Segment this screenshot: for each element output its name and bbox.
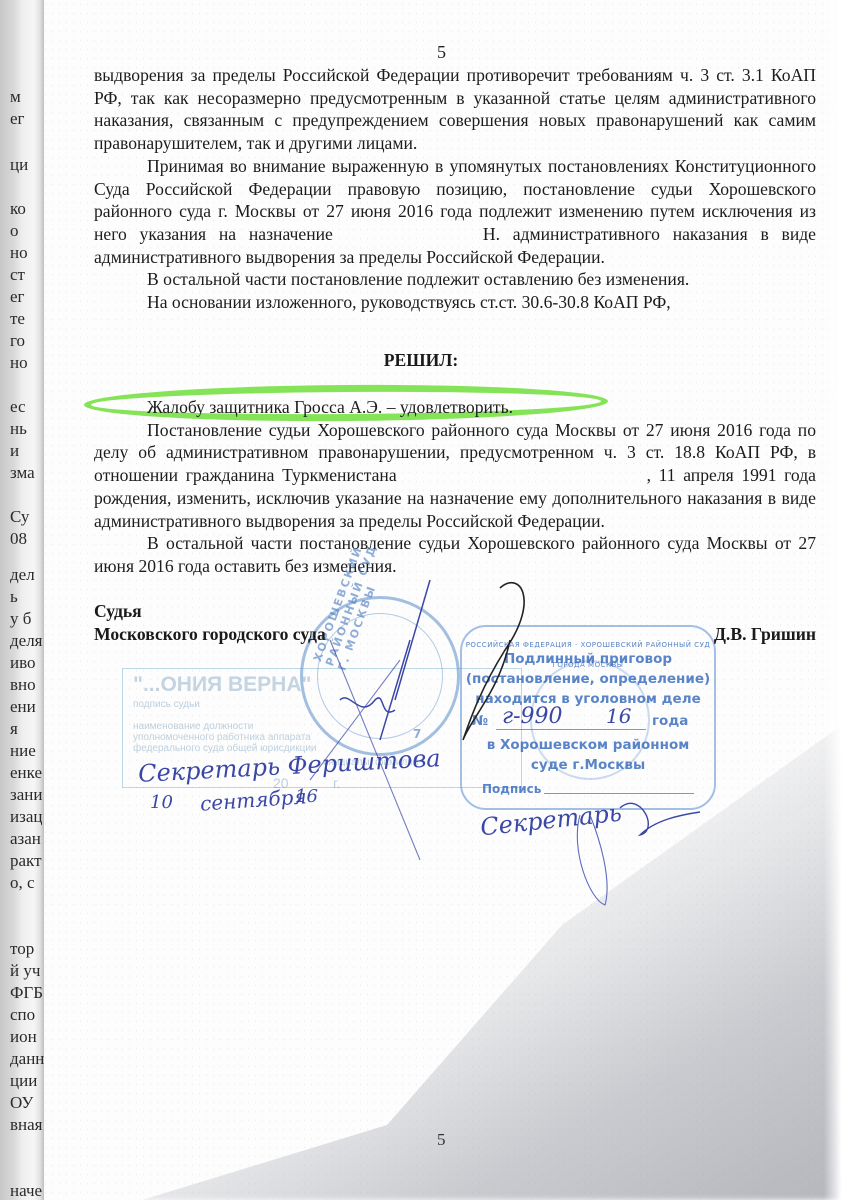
edge-fragment: вно: [10, 676, 36, 693]
page-number-bottom: 5: [437, 1130, 446, 1150]
handwritten-date-month: сентября: [199, 784, 307, 815]
redacted-initial: Н.: [483, 224, 500, 244]
judge-name: Д.В. Гришин: [714, 623, 816, 646]
edge-fragment: ОУ: [10, 1094, 33, 1111]
scan-edge: [824, 0, 842, 1200]
edge-fragment: ст: [10, 266, 25, 283]
handwritten-case-number: г-990: [502, 704, 563, 729]
edge-fragment: спо: [10, 1006, 35, 1023]
edge-fragment: Су: [10, 508, 29, 525]
signature-row: Московского городского суда Д.В. Гришин: [94, 623, 816, 646]
stamp-title: "...ОНИЯ ВЕРНА": [133, 673, 311, 697]
paragraph-rest-unchanged: В остальной части постановление подлежит…: [94, 268, 816, 291]
stamp-line: находится в уголовном деле: [462, 689, 714, 709]
original-location-stamp: РОССИЙСКАЯ ФЕДЕРАЦИЯ · ХОРОШЕВСКИЙ РАЙОН…: [460, 625, 716, 810]
stamp-line: наименование должности: [133, 721, 253, 732]
stamp-line: подпись судьи: [133, 699, 200, 710]
edge-fragment: ес: [10, 398, 26, 415]
stamp-line: (постановление, определение): [462, 669, 714, 689]
paragraph-continuation: выдворения за пределы Российской Федерац…: [94, 64, 816, 155]
edge-fragment: деля: [10, 632, 43, 649]
edge-fragment: ег: [10, 288, 25, 305]
edge-fragment: ции: [10, 1072, 37, 1089]
judge-title-line2: Московского городского суда: [94, 623, 326, 646]
edge-fragment: ракт: [10, 852, 42, 869]
handwritten-case-year: 16: [606, 704, 631, 728]
stamp-number-line: [496, 729, 646, 730]
edge-fragment: м: [10, 88, 21, 105]
edge-fragment: ци: [10, 156, 28, 173]
edge-fragment: й уч: [10, 962, 40, 979]
stamp-signature-label: Подпись: [482, 779, 541, 799]
decision-highlighted-line: Жалобу защитника Гросса А.Э. – удовлетво…: [94, 396, 816, 419]
decision-paragraph-2: В остальной части постановление судьи Хо…: [94, 532, 816, 577]
scanned-page: м ег ци ко о но ст ег те го но ес нь и з…: [0, 0, 842, 1200]
stamp-line: в Хорошевском районном: [462, 735, 714, 755]
edge-fragment: нь: [10, 420, 27, 437]
edge-fragment: 08: [10, 530, 27, 547]
edge-fragment: данн: [10, 1050, 44, 1067]
stamp-line: Подлинный приговор: [462, 649, 714, 669]
edge-fragment: ег: [10, 110, 25, 127]
stamp-line: суде г.Москвы: [462, 755, 714, 775]
edge-fragment: изац: [10, 808, 42, 825]
edge-fragment: ь: [10, 588, 18, 605]
edge-fragment: ко: [10, 200, 26, 217]
edge-fragment: ион: [10, 1028, 37, 1045]
paragraph-legal-position: Принимая во внимание выраженную в упомян…: [94, 155, 816, 269]
edge-fragment: у б: [10, 610, 31, 627]
edge-fragment: тор: [10, 940, 34, 957]
adjacent-page-edge: м ег ци ко о но ст ег те го но ес нь и з…: [0, 0, 44, 1200]
handwritten-date-day: 10: [150, 792, 173, 813]
body-text: выдворения за пределы Российской Федерац…: [94, 64, 816, 314]
edge-fragment: о, с: [10, 874, 35, 891]
edge-fragment: о: [10, 222, 19, 239]
edge-fragment: азан: [10, 830, 41, 847]
judge-title-line1: Судья: [94, 600, 816, 623]
signature-block: Судья Московского городского суда Д.В. Г…: [94, 600, 816, 645]
page-number-top: 5: [437, 42, 446, 63]
stamp-number-prefix: №: [472, 711, 488, 731]
edge-fragment: те: [10, 310, 25, 327]
decision-paragraph-1: Постановление судьи Хорошевского районно…: [94, 419, 816, 533]
edge-fragment: наче: [10, 1182, 42, 1199]
edge-fragment: ени: [10, 698, 36, 715]
edge-fragment: и: [10, 442, 19, 459]
edge-fragment: дел: [10, 566, 35, 583]
stamp-year-label: года: [652, 711, 688, 731]
seal-number: 7: [413, 727, 423, 741]
edge-fragment: го: [10, 332, 25, 349]
birth-day: , 11: [647, 465, 676, 485]
edge-fragment: ФГБ: [10, 984, 43, 1001]
stamp-signature-line: [544, 793, 694, 794]
edge-fragment: зани: [10, 786, 42, 803]
edge-fragment: иво: [10, 654, 36, 671]
stamp-line: уполномоченного работника аппарата: [133, 732, 311, 743]
edge-fragment: я: [10, 720, 18, 737]
decision-section: Жалобу защитника Гросса А.Э. – удовлетво…: [94, 396, 816, 578]
edge-fragment: ние: [10, 742, 36, 759]
edge-fragment: но: [10, 244, 28, 261]
edge-fragment: вная: [10, 1116, 43, 1133]
edge-fragment: зма: [10, 464, 35, 481]
paragraph-based-on: На основании изложенного, руководствуясь…: [94, 291, 816, 314]
edge-fragment: енке: [10, 764, 42, 781]
decision-heading: РЕШИЛ:: [0, 350, 842, 371]
handwritten-date-year: 16: [295, 786, 318, 807]
